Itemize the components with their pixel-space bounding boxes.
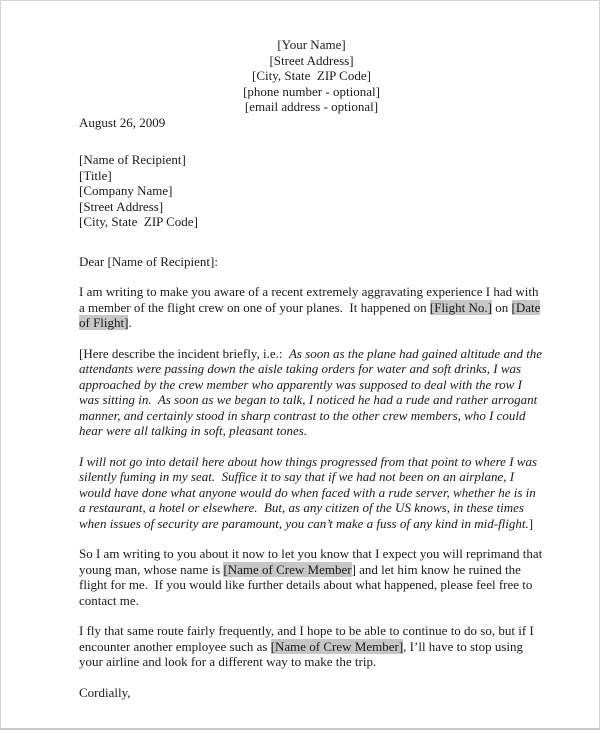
text-run: a member of the flight crew on one of yo…	[79, 300, 430, 315]
paragraph-line: approached by the crew member who appare…	[79, 377, 544, 393]
letter-body: I am writing to make you aware of a rece…	[79, 284, 544, 670]
text-run: I am writing to make you aware of a rece…	[79, 284, 539, 299]
sender-address-line: [email address - optional]	[79, 99, 544, 115]
body-paragraph: I fly that same route fairly frequently,…	[79, 623, 544, 670]
paragraph-line: I will not go into detail here about how…	[79, 454, 544, 470]
paragraph-line: a restaurant, a hotel or elsewhere. But,…	[79, 500, 544, 516]
paragraph-line: a member of the flight crew on one of yo…	[79, 300, 544, 316]
closing: Cordially,	[79, 685, 544, 701]
placeholder-field: [Date	[512, 300, 541, 315]
placeholder-field: [Name of Crew Member	[223, 562, 351, 577]
paragraph-line: manner, and certainly stood in sharp con…	[79, 408, 544, 424]
text-run: was sitting in. As soon as we began to t…	[79, 392, 537, 407]
text-run: would have done what anyone would do whe…	[79, 485, 536, 500]
salutation: Dear [Name of Recipient]:	[79, 254, 544, 270]
sender-address-line: [phone number - optional]	[79, 84, 544, 100]
letter-document: [Your Name][Street Address][City, State …	[0, 0, 600, 730]
paragraph-line: attendants were passing down the aisle t…	[79, 361, 544, 377]
paragraph-line: your airline and look for a different wa…	[79, 654, 544, 670]
letter-date: August 26, 2009	[79, 115, 544, 131]
text-run: I will not go into detail here about how…	[79, 454, 537, 469]
sender-address-line: [Your Name]	[79, 37, 544, 53]
text-run: contact me.	[79, 593, 139, 608]
text-run: encounter another employee such as	[79, 639, 271, 654]
text-run: silently fuming in my seat. Suffice it t…	[79, 469, 514, 484]
recipient-address-line: [City, State ZIP Code]	[79, 214, 544, 230]
placeholder-field: of Flight]	[79, 315, 128, 330]
paragraph-line: encounter another employee such as [Name…	[79, 639, 544, 655]
text-run: your airline and look for a different wa…	[79, 654, 376, 669]
recipient-address-line: [Title]	[79, 168, 544, 184]
paragraph-line: would have done what anyone would do whe…	[79, 485, 544, 501]
recipient-address-line: [Name of Recipient]	[79, 152, 544, 168]
body-paragraph: I will not go into detail here about how…	[79, 454, 544, 532]
recipient-address-line: [Company Name]	[79, 183, 544, 199]
paragraph-line: I am writing to make you aware of a rece…	[79, 284, 544, 300]
text-run: As soon as the plane had gained altitude…	[289, 346, 542, 361]
paragraph-line: young man, whose name is [Name of Crew M…	[79, 562, 544, 578]
placeholder-field: [Flight No.]	[430, 300, 492, 315]
recipient-address-line: [Street Address]	[79, 199, 544, 215]
body-paragraph: I am writing to make you aware of a rece…	[79, 284, 544, 331]
text-run: ]	[529, 516, 533, 531]
body-paragraph: So I am writing to you about it now to l…	[79, 546, 544, 608]
paragraph-line: hear were all talking in soft, pleasant …	[79, 423, 544, 439]
placeholder-field: [Name of Crew Member]	[271, 639, 403, 654]
sender-address-line: [Street Address]	[79, 53, 544, 69]
text-run: , I’ll have to stop using	[403, 639, 523, 654]
sender-address-block: [Your Name][Street Address][City, State …	[79, 37, 544, 115]
paragraph-line: flight for me. If you would like further…	[79, 577, 544, 593]
text-run: approached by the crew member who appare…	[79, 377, 522, 392]
text-run: a restaurant, a hotel or elsewhere. But,…	[79, 500, 524, 515]
paragraph-line: So I am writing to you about it now to l…	[79, 546, 544, 562]
paragraph-line: silently fuming in my seat. Suffice it t…	[79, 469, 544, 485]
text-run: hear were all talking in soft, pleasant …	[79, 423, 307, 438]
text-run: when issues of security are paramount, y…	[79, 516, 529, 531]
paragraph-line: I fly that same route fairly frequently,…	[79, 623, 544, 639]
paragraph-line: when issues of security are paramount, y…	[79, 516, 544, 532]
body-paragraph: [Here describe the incident briefly, i.e…	[79, 346, 544, 439]
letter-content: [Your Name][Street Address][City, State …	[79, 37, 544, 700]
text-run: flight for me. If you would like further…	[79, 577, 532, 592]
paragraph-line: contact me.	[79, 593, 544, 609]
text-run: young man, whose name is	[79, 562, 223, 577]
text-run: manner, and certainly stood in sharp con…	[79, 408, 526, 423]
paragraph-line: [Here describe the incident briefly, i.e…	[79, 346, 544, 362]
recipient-address-block: [Name of Recipient][Title][Company Name]…	[79, 152, 544, 230]
text-run: [Here describe the incident briefly, i.e…	[79, 346, 289, 361]
sender-address-line: [City, State ZIP Code]	[79, 68, 544, 84]
paragraph-line: was sitting in. As soon as we began to t…	[79, 392, 544, 408]
text-run: .	[128, 315, 131, 330]
text-run: ] and let him know he ruined the	[352, 562, 521, 577]
text-run: So I am writing to you about it now to l…	[79, 546, 542, 561]
text-run: attendants were passing down the aisle t…	[79, 361, 521, 376]
text-run: on	[492, 300, 512, 315]
paragraph-line: of Flight].	[79, 315, 544, 331]
text-run: I fly that same route fairly frequently,…	[79, 623, 534, 638]
